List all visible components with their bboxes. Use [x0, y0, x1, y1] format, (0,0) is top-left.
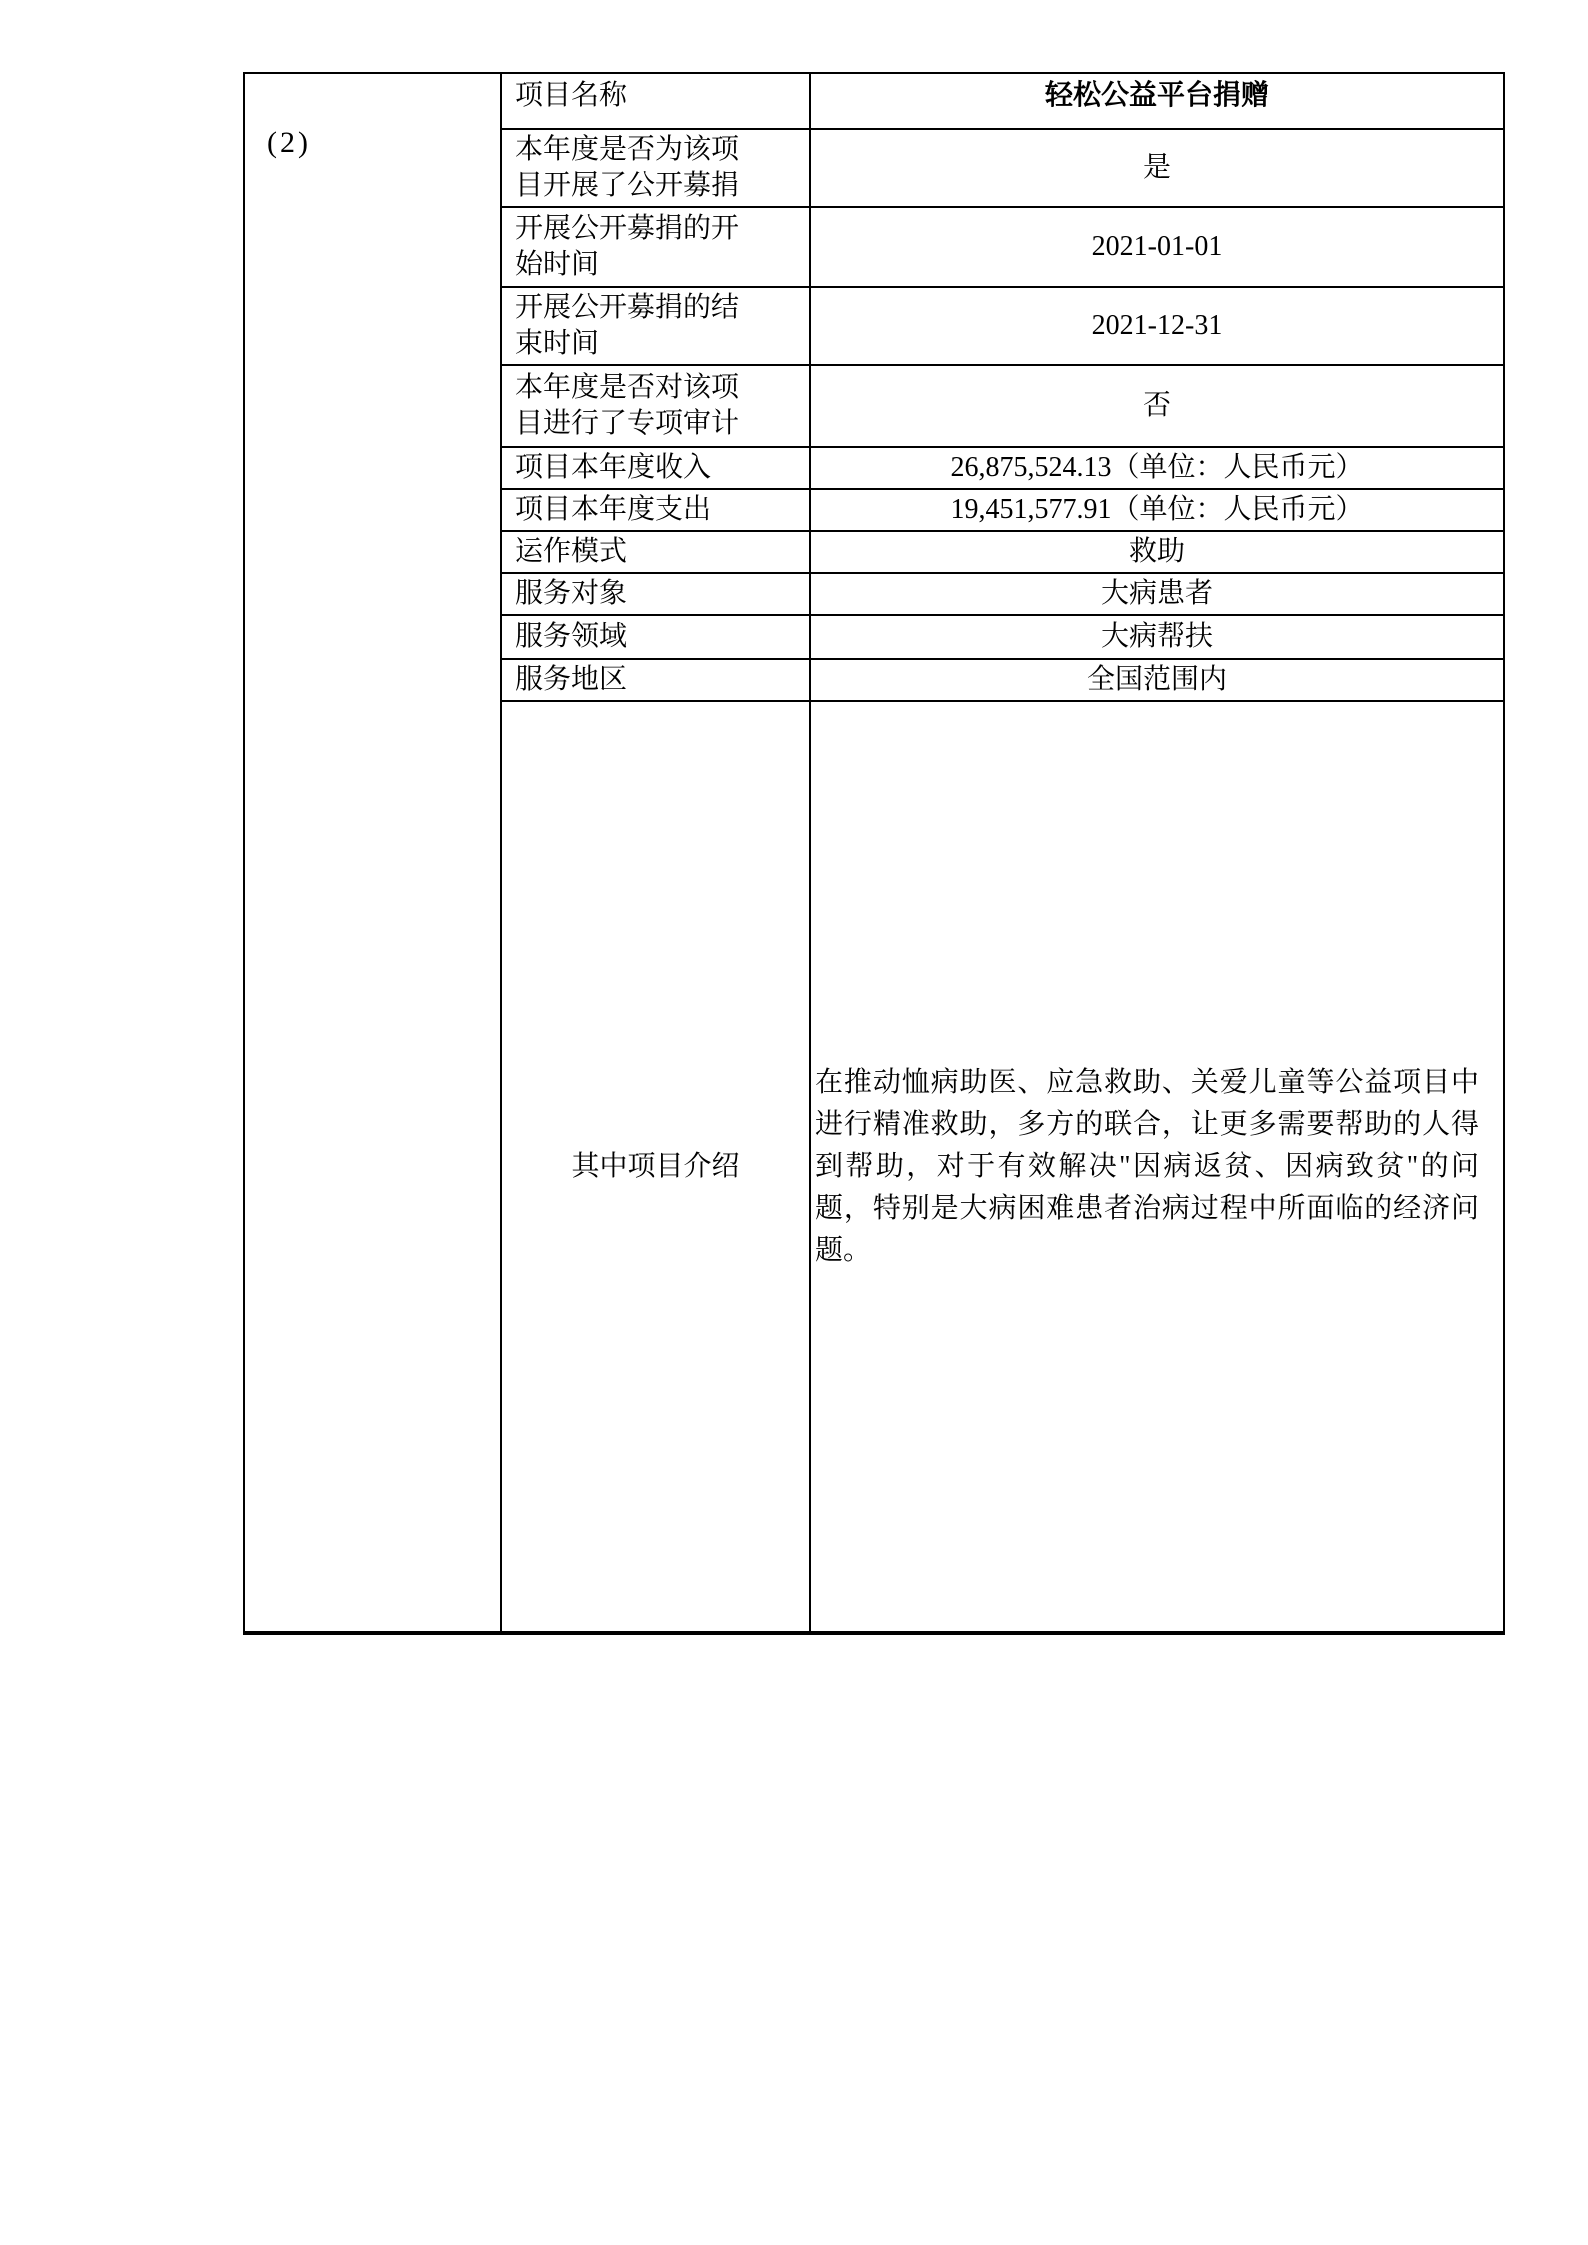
label-project-name: 项目名称: [501, 73, 810, 129]
label-service-field: 服务领域: [501, 615, 810, 659]
value-project-introduction-cell: 在推动恤病助医、应急救助、关爱儿童等公益项目中进行精准救助，多方的联合，让更多需…: [810, 701, 1504, 1633]
value-public-fundraising-conducted: 是: [810, 129, 1504, 207]
value-project-name: 轻松公益平台捐赠: [810, 73, 1504, 129]
value-annual-income: 26,875,524.13（单位：人民币元）: [810, 447, 1504, 489]
value-fundraising-start-date: 2021-01-01: [810, 207, 1504, 287]
section-number: (2): [267, 126, 311, 159]
value-service-area: 全国范围内: [810, 659, 1504, 701]
value-annual-expenditure: 19,451,577.91（单位：人民币元）: [810, 489, 1504, 531]
label-fundraising-start-date: 开展公开募捐的开始时间: [501, 207, 810, 287]
document-page: (2) 项目名称 轻松公益平台捐赠 本年度是否为该项目开展了公开募捐 是 开展公…: [0, 0, 1588, 2245]
label-service-area: 服务地区: [501, 659, 810, 701]
project-introduction-text: 在推动恤病助医、应急救助、关爱儿童等公益项目中进行精准救助，多方的联合，让更多需…: [815, 1062, 1479, 1272]
value-service-target: 大病患者: [810, 573, 1504, 615]
label-project-introduction: 其中项目介绍: [501, 701, 810, 1633]
label-service-target: 服务对象: [501, 573, 810, 615]
label-special-audit-conducted: 本年度是否对该项目进行了专项审计: [501, 365, 810, 447]
label-annual-expenditure: 项目本年度支出: [501, 489, 810, 531]
value-fundraising-end-date: 2021-12-31: [810, 287, 1504, 365]
label-fundraising-end-date: 开展公开募捐的结束时间: [501, 287, 810, 365]
project-info-table: (2) 项目名称 轻松公益平台捐赠 本年度是否为该项目开展了公开募捐 是 开展公…: [243, 72, 1505, 1635]
value-operation-mode: 救助: [810, 531, 1504, 573]
value-service-field: 大病帮扶: [810, 615, 1504, 659]
label-operation-mode: 运作模式: [501, 531, 810, 573]
value-special-audit-conducted: 否: [810, 365, 1504, 447]
label-public-fundraising-conducted: 本年度是否为该项目开展了公开募捐: [501, 129, 810, 207]
label-annual-income: 项目本年度收入: [501, 447, 810, 489]
section-number-cell: (2): [244, 73, 501, 1633]
